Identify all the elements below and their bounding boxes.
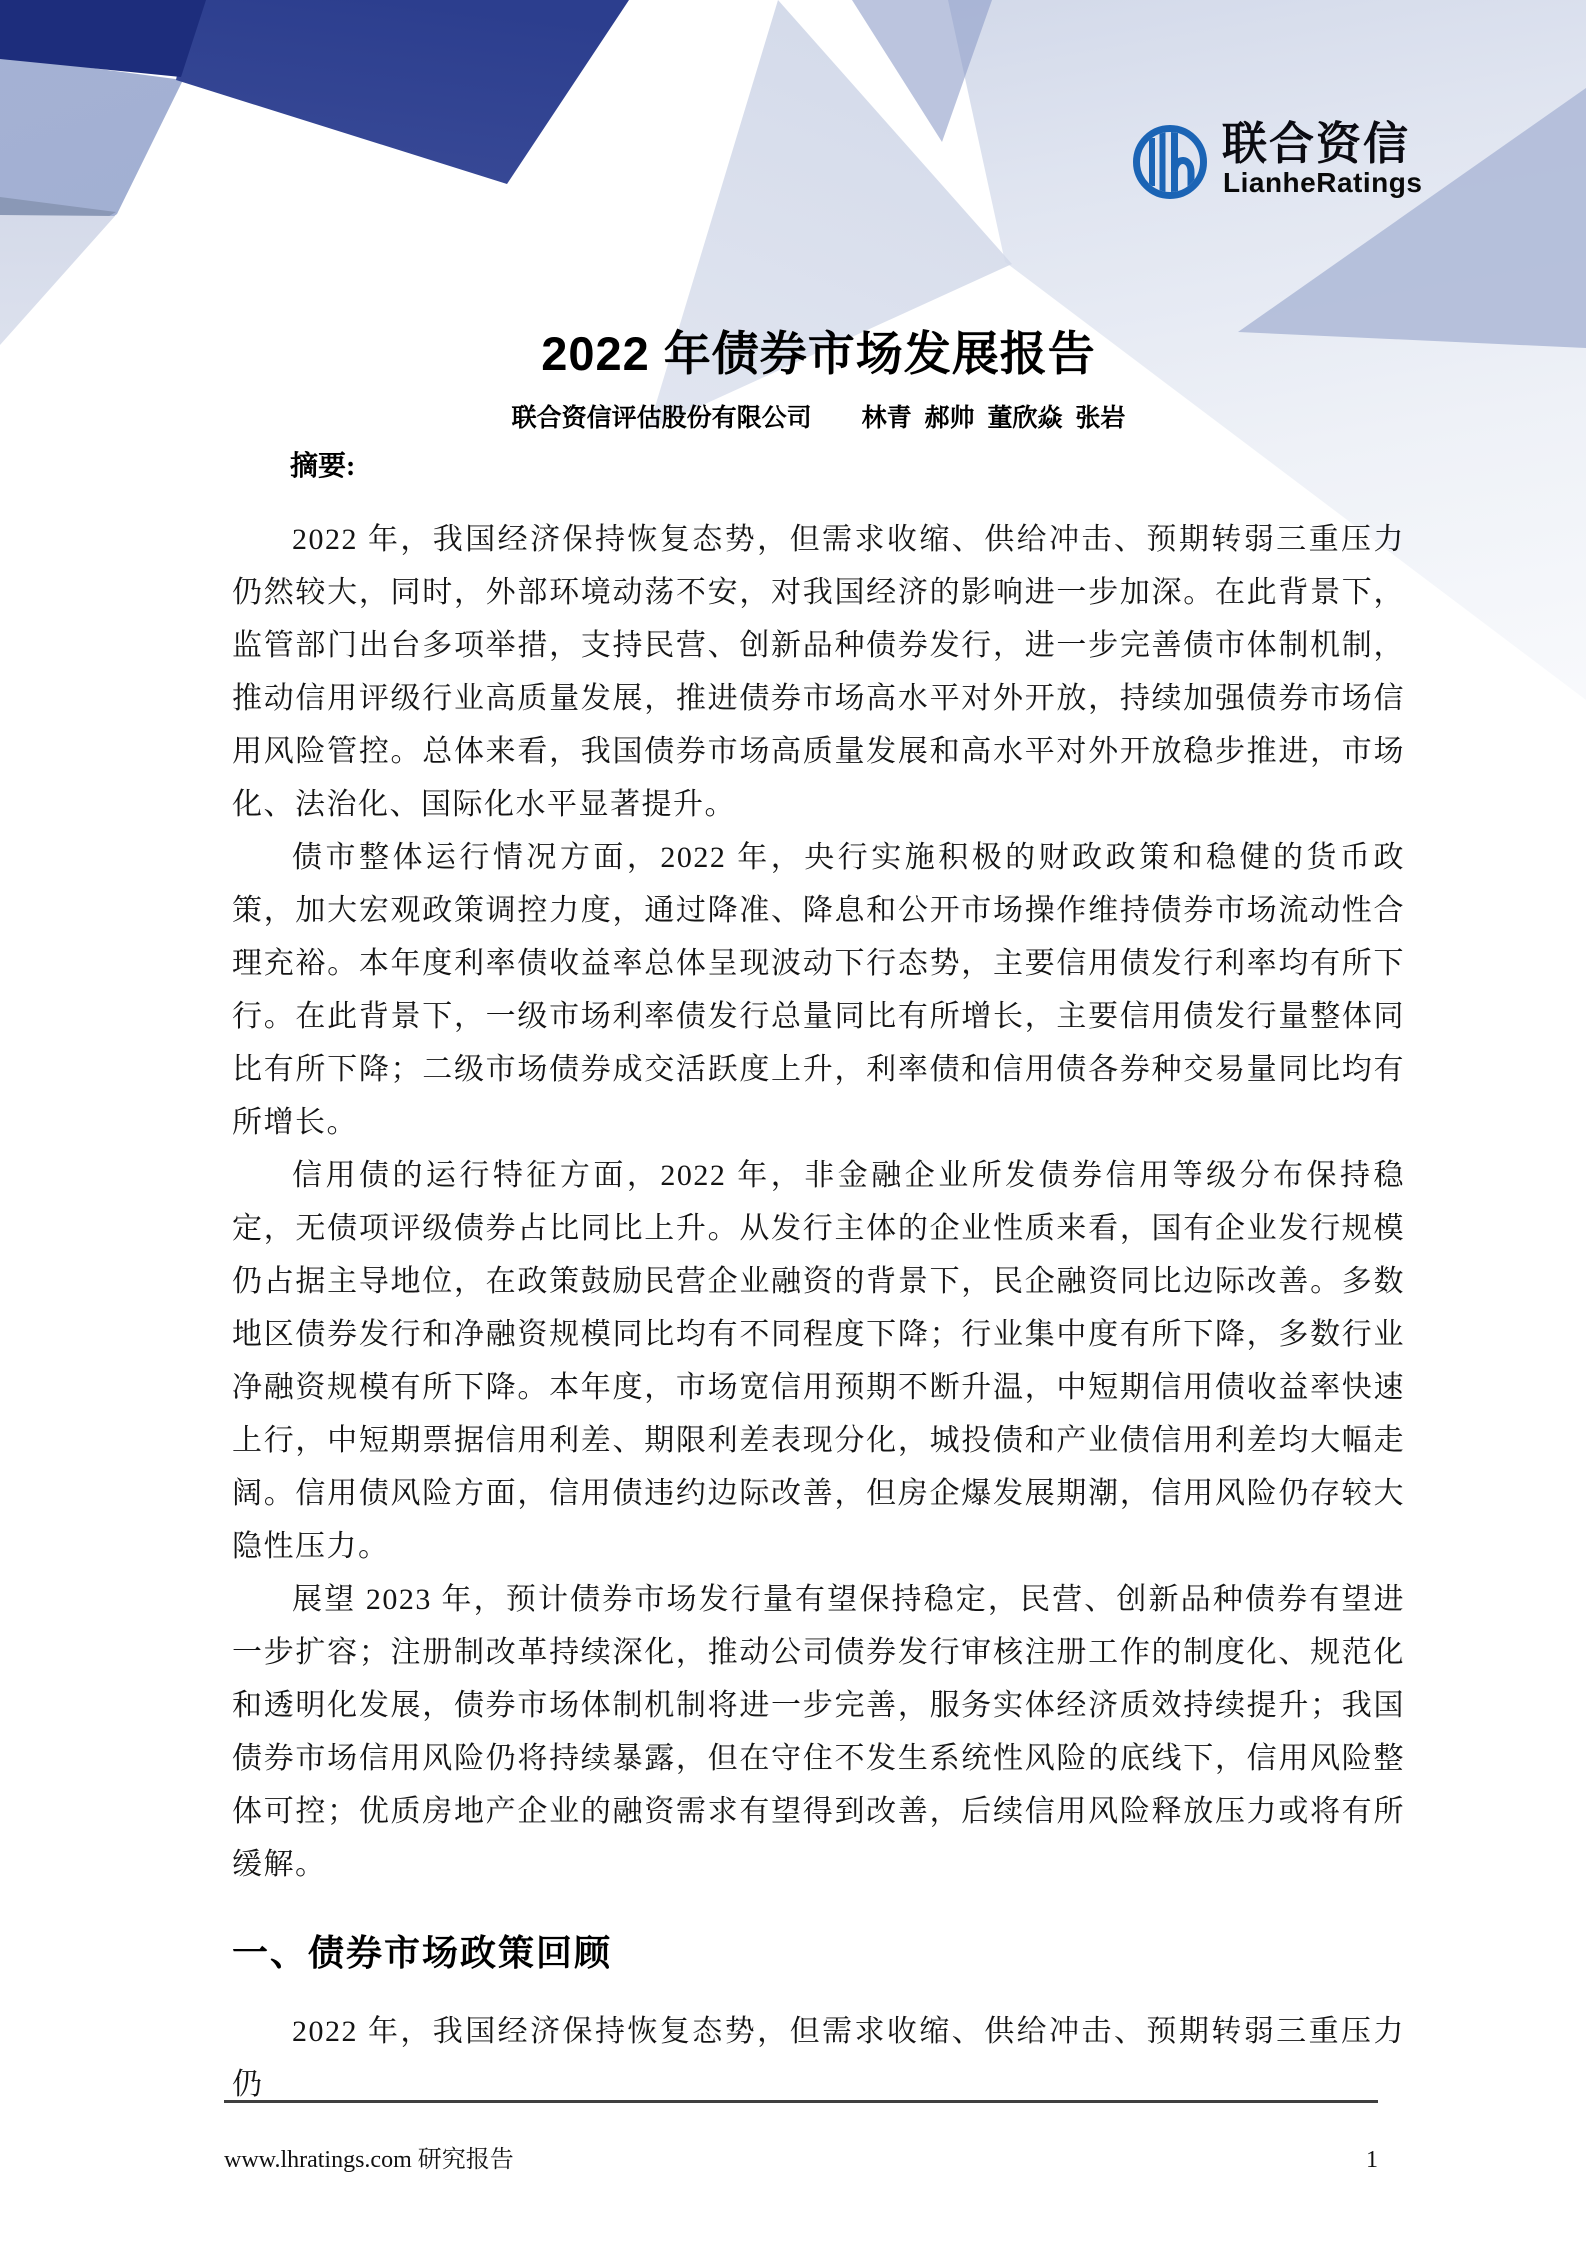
author-names: 林青 郝帅 董欣焱 张岩 — [862, 403, 1126, 433]
section-body: 2022 年，我国经济保持恢复态势，但需求收缩、供给冲击、预期转弱三重压力仍 — [232, 2005, 1405, 2111]
abstract-label: 摘要: — [232, 449, 1405, 485]
byline: 联合资信评估股份有限公司 林青 郝帅 董欣焱 张岩 — [232, 403, 1405, 433]
abstract-body: 2022 年，我国经济保持恢复态势，但需求收缩、供给冲击、预期转弱三重压力仍然较… — [232, 513, 1405, 1891]
footer-row: www.lhratings.com 研究报告 1 — [224, 2139, 1378, 2174]
footer-site-text: www.lhratings.com 研究报告 — [224, 2139, 514, 2174]
lianhe-logo-icon — [1132, 122, 1208, 202]
report-title: 2022 年债券市场发展报告 — [232, 330, 1405, 377]
document-content: 2022 年债券市场发展报告 联合资信评估股份有限公司 林青 郝帅 董欣焱 张岩… — [0, 0, 1586, 2111]
section-paragraph: 2022 年，我国经济保持恢复态势，但需求收缩、供给冲击、预期转弱三重压力仍 — [232, 2005, 1405, 2111]
abstract-paragraph-4: 展望 2023 年，预计债券市场发行量有望保持稳定，民营、创新品种债券有望进一步… — [232, 1573, 1405, 1891]
page-footer: www.lhratings.com 研究报告 1 — [224, 2100, 1378, 2174]
page-number: 1 — [1366, 2147, 1378, 2174]
abstract-paragraph-2: 债市整体运行情况方面，2022 年，央行实施积极的财政政策和稳健的货币政策，加大… — [232, 831, 1405, 1149]
abstract-paragraph-3: 信用债的运行特征方面，2022 年，非金融企业所发债券信用等级分布保持稳定，无债… — [232, 1149, 1405, 1573]
report-page: 联合资信 LianheRatings 2022 年债券市场发展报告 联合资信评估… — [0, 0, 1586, 2244]
company-name: 联合资信评估股份有限公司 — [512, 403, 812, 433]
logo-text-en: LianheRatings — [1223, 169, 1422, 197]
footer-rule — [224, 2100, 1378, 2103]
section-heading: 一、债券市场政策回顾 — [232, 1931, 1405, 1974]
logo-text-cn: 联合资信 — [1222, 121, 1410, 166]
abstract-paragraph-1: 2022 年，我国经济保持恢复态势，但需求收缩、供给冲击、预期转弱三重压力仍然较… — [232, 513, 1405, 831]
